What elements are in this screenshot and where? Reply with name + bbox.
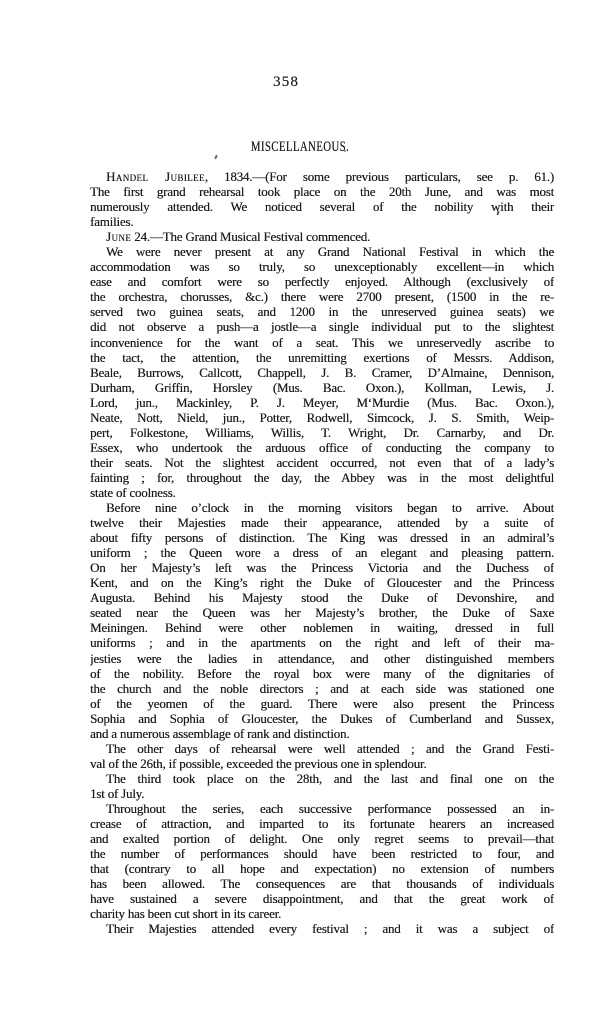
text-line: served two guinea seats, and 1200 in the…: [90, 304, 554, 319]
text-segment: their seats. Not the slightest accident …: [90, 455, 554, 470]
paragraph: Throughout the series, each successive p…: [90, 801, 554, 921]
text-segment: pert, Folkestone, Williams, Willis, T. W…: [90, 425, 554, 440]
text-line: The third took place on the 28th, and th…: [90, 771, 554, 786]
text-segment: 1st of July.: [90, 786, 144, 801]
text-line: 1st of July.: [90, 786, 554, 801]
text-segment: did not observe a push—a jostle—a single…: [90, 319, 554, 334]
text-segment: Augusta. Behind his Majesty stood the Du…: [90, 590, 554, 605]
text-line: has been allowed. The consequences are t…: [90, 876, 554, 891]
text-segment: state of coolness.: [90, 485, 176, 500]
text-line: The first grand rehearsal took place on …: [90, 184, 554, 199]
text-segment: jesties were the ladies in attendance, a…: [90, 651, 554, 666]
text-segment: inconvenience for the want of a seat. Th…: [90, 335, 554, 350]
text-line: their seats. Not the slightest accident …: [90, 455, 554, 470]
text-line: of the nobility. Before the royal box we…: [90, 666, 554, 681]
scan-speck: [214, 155, 218, 159]
text-line: ease and comfort were so perfectly enjoy…: [90, 274, 554, 289]
text-line: The other days of rehearsal were well at…: [90, 741, 554, 756]
text-segment: twelve their Majesties made their appear…: [90, 515, 554, 530]
text-line: Before nine o’clock in the morning visit…: [90, 500, 554, 515]
text-segment: Throughout the series, each successive p…: [106, 801, 554, 816]
text-line: pert, Folkestone, Williams, Willis, T. W…: [90, 425, 554, 440]
text-segment: has been allowed. The consequences are t…: [90, 876, 554, 891]
text-line: and a numerous assemblage of rank and di…: [90, 726, 554, 741]
text-line: uniforms ; and in the apartments on the …: [90, 635, 554, 650]
text-segment: the tact, the attention, the unremitting…: [90, 350, 554, 365]
text-segment: Before nine o’clock in the morning visit…: [106, 500, 554, 515]
text-segment: The first grand rehearsal took place on …: [90, 184, 554, 199]
text-line: We were never present at any Grand Natio…: [90, 244, 554, 259]
paragraph: Before nine o’clock in the morning visit…: [90, 500, 554, 741]
text-segment: We were never present at any Grand Natio…: [106, 244, 554, 259]
text-line: accommodation was so truly, so unexcepti…: [90, 259, 554, 274]
text-segment: families.: [90, 214, 133, 229]
text-line: that (contrary to all hope and expectati…: [90, 861, 554, 876]
text-segment: numerously attended. We noticed several …: [90, 199, 554, 214]
paragraph: Their Majesties attended every festival …: [90, 921, 554, 936]
text-line: and exalted portion of delight. One only…: [90, 831, 554, 846]
text-segment: Meiningen. Behind were other noblemen in…: [90, 620, 554, 635]
text-segment: fainting ; for, throughout the day, the …: [90, 470, 554, 485]
text-line: Beale, Burrows, Callcott, Chappell, J. B…: [90, 365, 554, 380]
text-line: charity has been cut short in its career…: [90, 906, 554, 921]
text-line: Sophia and Sophia of Gloucester, the Duk…: [90, 711, 554, 726]
text-line: seated near the Queen was her Majesty’s …: [90, 605, 554, 620]
body-text: Handel Jubilee, 1834.—(For some previous…: [90, 169, 554, 936]
smallcaps-text: June: [106, 229, 131, 244]
text-segment: and exalted portion of delight. One only…: [90, 831, 554, 846]
text-segment: Durham, Griffin, Horsley (Mus. Bac. Oxon…: [90, 380, 554, 395]
text-line: June 24.—The Grand Musical Festival comm…: [90, 229, 554, 244]
text-line: Durham, Griffin, Horsley (Mus. Bac. Oxon…: [90, 380, 554, 395]
text-line: have sustained a severe disappointment, …: [90, 891, 554, 906]
text-line: uniform ; the Queen wore a dress of an e…: [90, 545, 554, 560]
text-line: twelve their Majesties made their appear…: [90, 515, 554, 530]
text-line: of the yeomen of the guard. There were a…: [90, 696, 554, 711]
text-segment: charity has been cut short in its career…: [90, 906, 281, 921]
paragraph: We were never present at any Grand Natio…: [90, 244, 554, 500]
text-line: Neate, Nott, Nield, jun., Potter, Rodwel…: [90, 410, 554, 425]
text-segment: The other days of rehearsal were well at…: [106, 741, 554, 756]
text-segment: about fifty persons of distinction. The …: [90, 530, 554, 545]
text-segment: ease and comfort were so perfectly enjoy…: [90, 274, 554, 289]
text-segment: of the nobility. Before the royal box we…: [90, 666, 554, 681]
text-segment: Lord, jun., Mackinley, P. J. Meyer, M‘Mu…: [90, 395, 554, 410]
text-segment: Neate, Nott, Nield, jun., Potter, Rodwel…: [90, 410, 554, 425]
text-line: the tact, the attention, the unremitting…: [90, 350, 554, 365]
text-segment: the orchestra, chorusses, &c.) there wer…: [90, 289, 554, 304]
text-segment: uniforms ; and in the apartments on the …: [90, 635, 554, 650]
text-line: state of coolness.: [90, 485, 554, 500]
text-line: did not observe a push—a jostle—a single…: [90, 319, 554, 334]
text-segment: served two guinea seats, and 1200 in the…: [90, 304, 554, 319]
text-line: the church and the noble directors ; and…: [90, 681, 554, 696]
text-segment: Essex, who undertook the arduous office …: [90, 440, 554, 455]
text-line: Meiningen. Behind were other noblemen in…: [90, 620, 554, 635]
text-segment: , 1834.—(For some previous particulars, …: [205, 169, 554, 184]
text-line: Throughout the series, each successive p…: [90, 801, 554, 816]
text-segment: Their Majesties attended every festival …: [106, 921, 554, 936]
text-segment: Beale, Burrows, Callcott, Chappell, J. B…: [90, 365, 554, 380]
paragraph: Handel Jubilee, 1834.—(For some previous…: [90, 169, 554, 229]
page-number: 358: [0, 74, 572, 91]
text-segment: and a numerous assemblage of rank and di…: [90, 726, 349, 741]
text-line: Kent, and on the King’s right the Duke o…: [90, 575, 554, 590]
text-segment: that (contrary to all hope and expectati…: [90, 861, 554, 876]
scan-speck: [344, 150, 346, 152]
text-line: On her Majesty’s left was the Princess V…: [90, 560, 554, 575]
paragraph: June 24.—The Grand Musical Festival comm…: [90, 229, 554, 244]
section-heading: MISCELLANEOUS.: [250, 139, 348, 156]
text-segment: accommodation was so truly, so unexcepti…: [90, 259, 554, 274]
text-line: the orchestra, chorusses, &c.) there wer…: [90, 289, 554, 304]
text-segment: The third took place on the 28th, and th…: [106, 771, 554, 786]
text-line: Their Majesties attended every festival …: [90, 921, 554, 936]
text-line: jesties were the ladies in attendance, a…: [90, 651, 554, 666]
text-line: the number of performances should have b…: [90, 846, 554, 861]
text-line: fainting ; for, throughout the day, the …: [90, 470, 554, 485]
text-line: families.: [90, 214, 554, 229]
text-segment: Sophia and Sophia of Gloucester, the Duk…: [90, 711, 554, 726]
document-page: 358 MISCELLANEOUS. Handel Jubilee, 1834.…: [0, 0, 599, 1028]
text-segment: On her Majesty’s left was the Princess V…: [90, 560, 554, 575]
text-segment: 24.—The Grand Musical Festival commenced…: [131, 229, 370, 244]
paragraph: The other days of rehearsal were well at…: [90, 741, 554, 771]
text-line: Lord, jun., Mackinley, P. J. Meyer, M‘Mu…: [90, 395, 554, 410]
text-segment: uniform ; the Queen wore a dress of an e…: [90, 545, 554, 560]
text-line: val of the 26th, if possible, exceeded t…: [90, 756, 554, 771]
text-line: Handel Jubilee, 1834.—(For some previous…: [90, 169, 554, 184]
text-segment: the church and the noble directors ; and…: [90, 681, 554, 696]
text-line: crease of attraction, and imparted to it…: [90, 816, 554, 831]
text-line: about fifty persons of distinction. The …: [90, 530, 554, 545]
text-line: Augusta. Behind his Majesty stood the Du…: [90, 590, 554, 605]
text-line: numerously attended. We noticed several …: [90, 199, 554, 214]
text-segment: have sustained a severe disappointment, …: [90, 891, 554, 906]
text-line: inconvenience for the want of a seat. Th…: [90, 335, 554, 350]
text-segment: seated near the Queen was her Majesty’s …: [90, 605, 554, 620]
text-line: Essex, who undertook the arduous office …: [90, 440, 554, 455]
text-segment: of the yeomen of the guard. There were a…: [90, 696, 554, 711]
text-segment: Kent, and on the King’s right the Duke o…: [90, 575, 554, 590]
paragraph: The third took place on the 28th, and th…: [90, 771, 554, 801]
text-segment: the number of performances should have b…: [90, 846, 554, 861]
smallcaps-text: Handel Jubilee: [106, 169, 205, 184]
text-segment: val of the 26th, if possible, exceeded t…: [90, 756, 426, 771]
text-segment: crease of attraction, and imparted to it…: [90, 816, 554, 831]
